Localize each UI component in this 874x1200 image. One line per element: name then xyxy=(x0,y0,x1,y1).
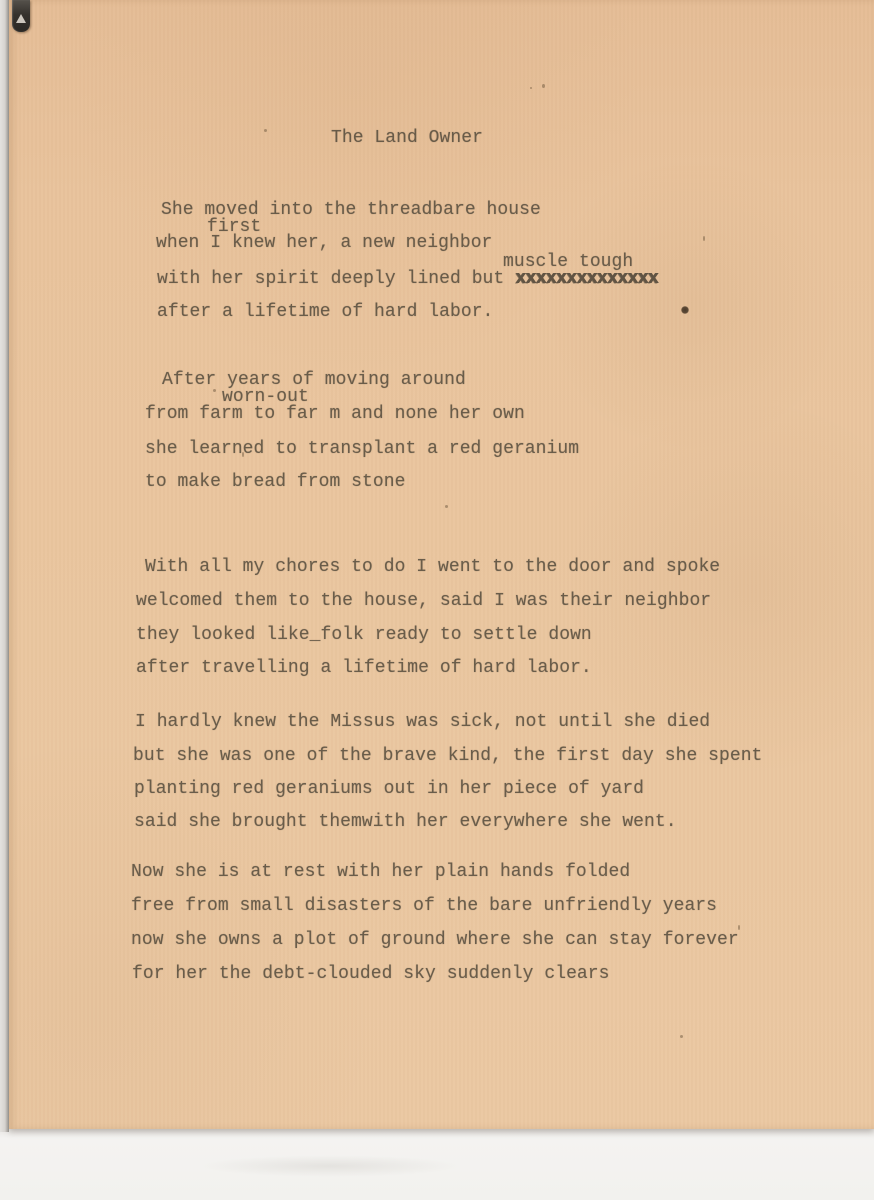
poem-line: With all my chores to do I went to the d… xyxy=(145,558,720,576)
paper-speck xyxy=(242,452,244,457)
paper-speck xyxy=(738,925,740,930)
paper-speck xyxy=(530,87,532,89)
poem-line: to make bread from stone xyxy=(145,473,405,491)
paper-speck xyxy=(213,389,216,392)
poem-line: planting red geraniums out in her piece … xyxy=(134,780,644,798)
poem-line: now she owns a plot of ground where she … xyxy=(131,931,739,949)
poem-line: Now she is at rest with her plain hands … xyxy=(131,863,630,881)
poem-line: but she was one of the brave kind, the f… xyxy=(133,747,762,765)
page-left-edge xyxy=(0,0,9,1132)
poem-line: said she brought themwith her everywhere… xyxy=(134,813,677,831)
paper-speck xyxy=(542,84,545,88)
poem-line: for her the debt-clouded sky suddenly cl… xyxy=(132,965,609,983)
poem-line: from farm to far m and none her own xyxy=(145,405,525,423)
poem-line: she learned to transplant a red geranium xyxy=(145,440,579,458)
poem-line: I hardly knew the Missus was sick, not u… xyxy=(135,713,710,731)
poem-line: after a lifetime of hard labor. xyxy=(157,303,493,321)
paper-speck xyxy=(703,236,705,241)
poem-line-with-strikeout: with her spirit deeply lined but xxxxxxx… xyxy=(157,270,658,288)
poem-line: free from small disasters of the bare un… xyxy=(131,897,717,915)
poem-line: they looked like_folk ready to settle do… xyxy=(136,626,592,644)
clasp-hole-icon xyxy=(16,14,26,23)
poem-title: The Land Owner xyxy=(331,129,483,147)
poem-line: when I knew her, a new neighbor xyxy=(156,234,492,252)
paper-speck xyxy=(445,505,448,508)
document-page: The Land Owner She moved into the thread… xyxy=(9,0,874,1129)
scan-smudge xyxy=(200,1155,460,1177)
metal-clasp xyxy=(12,0,30,32)
poem-line: After years of moving around xyxy=(162,371,466,389)
poem-line: after travelling a lifetime of hard labo… xyxy=(136,659,592,677)
paper-speck xyxy=(680,1035,683,1038)
poem-line: welcomed them to the house, said I was t… xyxy=(136,592,711,610)
line-prefix: with her spirit deeply lined but xyxy=(157,269,515,289)
ink-blot xyxy=(681,306,689,314)
struck-out-text: xxxxxxxxxxxxxx xyxy=(515,269,658,289)
paper-speck xyxy=(264,129,267,132)
